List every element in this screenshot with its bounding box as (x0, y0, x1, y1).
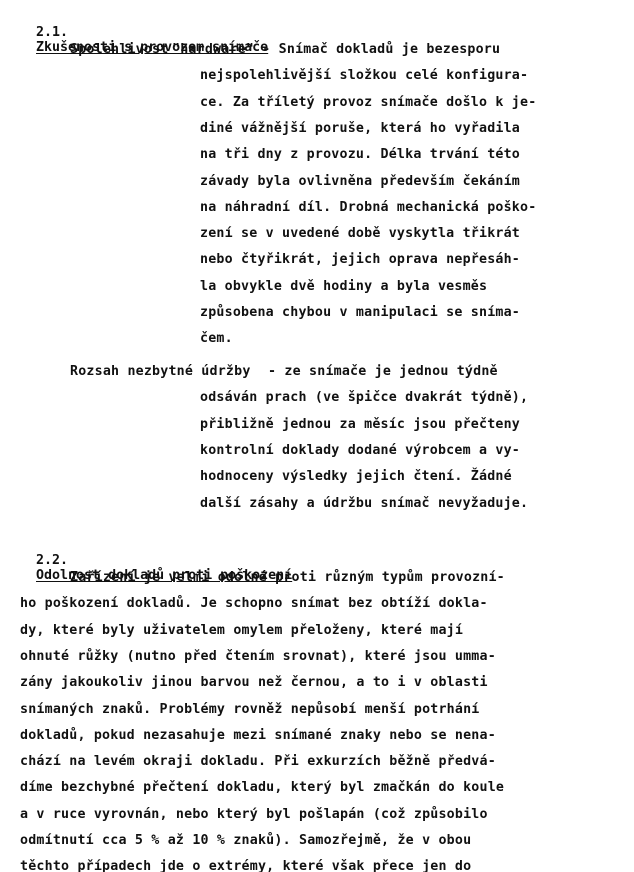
text-line: nejspolehlivější složkou celé konfigura- (200, 68, 528, 84)
text-line: odsáván prach (ve špičce dvakrát týdně), (200, 390, 528, 406)
entry-term-spolehlivost: Spolehlivost (70, 42, 168, 58)
text-line: nebo čtyřikrát, jejich oprava nepřesáh- (200, 252, 520, 268)
text-line: závady byla ovlivněna především čekáním (200, 174, 520, 190)
text-line: snímaných znaků. Problémy rovněž nepůsob… (20, 702, 480, 718)
text-line: Zařízení je velmi odolné proti různým ty… (70, 570, 505, 586)
text-line: chází na levém okraji dokladu. Při exkur… (20, 754, 496, 770)
text-line: těchto případech jde o extrémy, které vš… (20, 859, 471, 872)
text-line: hodnoceny výsledky jejich čtení. Žádné (200, 469, 512, 485)
text-line: způsobena chybou v manipulaci se sníma- (200, 305, 520, 321)
entry-term-rozsah: Rozsah nezbytné údržby (70, 364, 251, 380)
text-line: - ze snímače je jednou týdně (268, 364, 498, 380)
section-number: 2.1. (36, 25, 68, 40)
text-line: la obvykle dvě hodiny a byla vesměs (200, 279, 487, 295)
text-line: "hardware" - Snímač dokladů je bezesporu (172, 42, 500, 58)
text-line: ce. Za tříletý provoz snímače došlo k je… (200, 95, 536, 111)
text-line: ho poškození dokladů. Je schopno snímat … (20, 596, 488, 612)
text-line: díme bezchybné přečtení dokladu, který b… (20, 780, 504, 796)
text-line: odmítnutí cca 5 % až 10 % znaků). Samozř… (20, 833, 471, 849)
text-line: zení se v uvedené době vyskytla třikrát (200, 226, 520, 242)
text-line: a v ruce vyrovnán, nebo který byl pošlap… (20, 807, 488, 823)
text-line: ohnuté růžky (nutno před čtením srovnat)… (20, 649, 496, 665)
text-line: diné vážnější poruše, která ho vyřadila (200, 121, 520, 137)
text-line: přibližně jednou za měsíc jsou přečteny (200, 417, 520, 433)
text-line: na tři dny z provozu. Délka trvání této (200, 147, 520, 163)
text-line: zány jakoukoliv jinou barvou než černou,… (20, 675, 488, 691)
text-line: kontrolní doklady dodané výrobcem a vy- (200, 443, 520, 459)
text-line: dy, které byly uživatelem omylem přelože… (20, 623, 463, 639)
text-line: další zásahy a údržbu snímač nevyžaduje. (200, 496, 528, 512)
text-line: čem. (200, 331, 233, 347)
text-line: dokladů, pokud nezasahuje mezi snímané z… (20, 728, 496, 744)
text-line: na náhradní díl. Drobná mechanická poško… (200, 200, 536, 216)
section-number: 2.2. (36, 553, 68, 568)
